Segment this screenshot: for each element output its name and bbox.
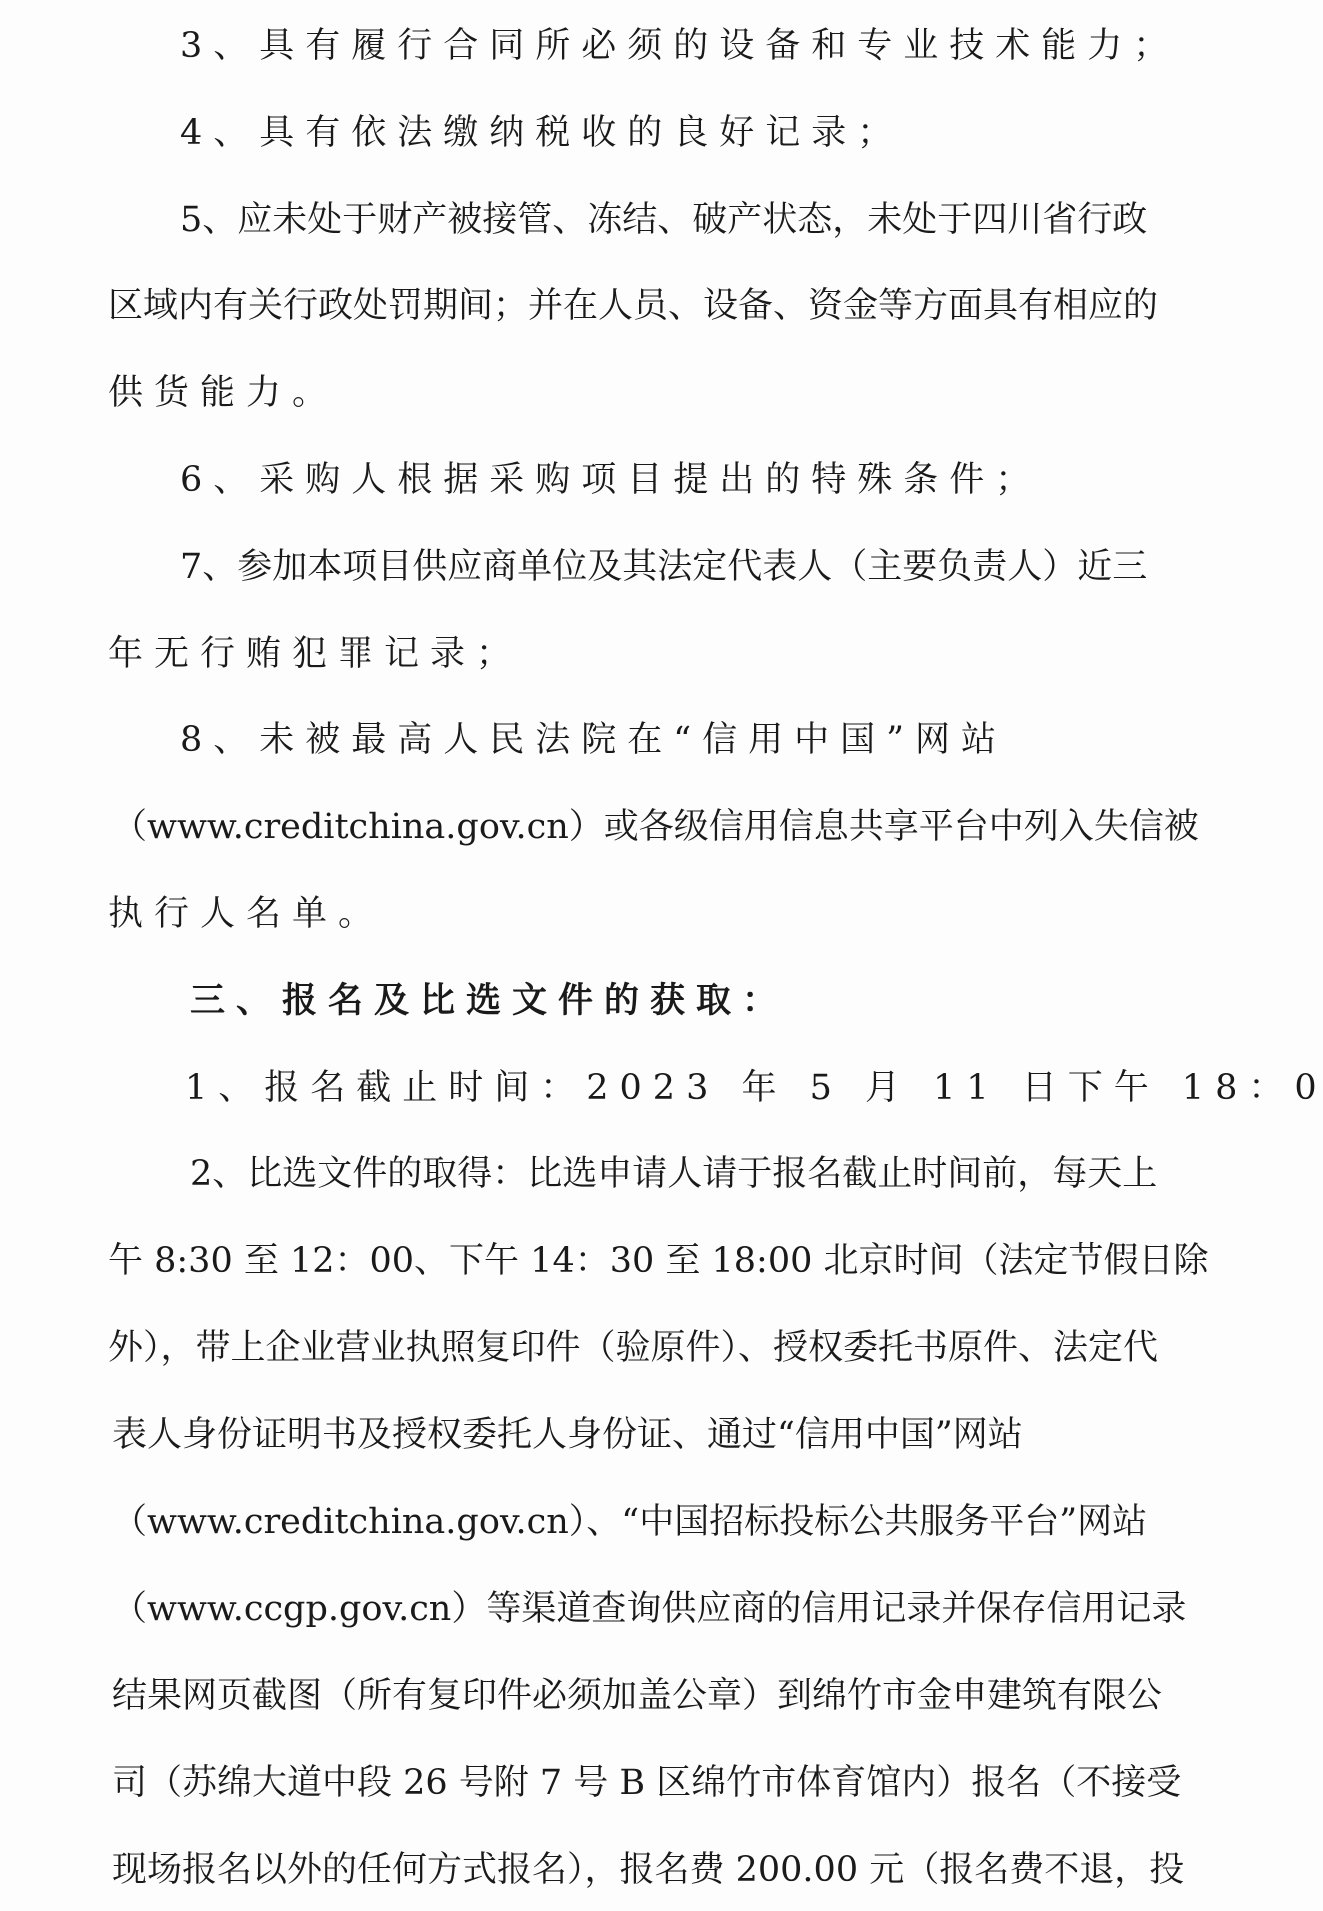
document-obtain-line-2: 午 8:30 至 12：00、下午 14：30 至 18:00 北京时间（法定节… bbox=[108, 1236, 1248, 1286]
item-5-line-2: 区域内有关行政处罚期间；并在人员、设备、资金等方面具有相应的 bbox=[108, 281, 1248, 331]
item-5-line-3: 供货能力。 bbox=[108, 368, 338, 418]
document-page: 3、具有履行合同所必须的设备和专业技术能力； 4、具有依法缴纳税收的良好记录； … bbox=[0, 0, 1323, 1911]
document-obtain-line-7: 结果网页截图（所有复印件必须加盖公章）到绵竹市金申建筑有限公 bbox=[112, 1671, 1248, 1721]
document-obtain-line-5: （www.creditchina.gov.cn）、“中国招标投标公共服务平台”网… bbox=[112, 1497, 1248, 1547]
item-8-line-2: （www.creditchina.gov.cn）或各级信用信息共享平台中列入失信… bbox=[112, 802, 1248, 852]
document-obtain-line-6: （www.ccgp.gov.cn）等渠道查询供应商的信用记录并保存信用记录 bbox=[112, 1584, 1248, 1634]
item-3-line: 3、具有履行合同所必须的设备和专业技术能力； bbox=[180, 21, 1179, 71]
item-5-line-1: 5、应未处于财产被接管、冻结、破产状态，未处于四川省行政 bbox=[180, 195, 1248, 245]
item-8-line-1: 8、未被最高人民法院在“信用中国”网站 bbox=[180, 715, 1007, 765]
document-obtain-line-8: 司（苏绵大道中段 26 号附 7 号 B 区绵竹市体育馆内）报名（不接受 bbox=[112, 1758, 1248, 1808]
document-obtain-line-4: 表人身份证明书及授权委托人身份证、通过“信用中国”网站 bbox=[112, 1410, 1248, 1460]
document-obtain-line-3: 外），带上企业营业执照复印件（验原件）、授权委托书原件、法定代 bbox=[108, 1323, 1248, 1373]
registration-deadline-line: 1、报名截止时间：2023 年 5 月 11 日下午 18：00 bbox=[185, 1063, 1323, 1113]
document-obtain-line-9: 现场报名以外的任何方式报名），报名费 200.00 元（报名费不退，投 bbox=[112, 1845, 1248, 1895]
item-4-line: 4、具有依法缴纳税收的良好记录； bbox=[180, 108, 903, 158]
item-8-line-3: 执行人名单。 bbox=[108, 889, 384, 939]
section-3-heading: 三、报名及比选文件的获取： bbox=[190, 976, 788, 1026]
item-6-line: 6、采购人根据采购项目提出的特殊条件； bbox=[180, 455, 1041, 505]
item-7-line-1: 7、参加本项目供应商单位及其法定代表人（主要负责人）近三 bbox=[180, 542, 1248, 592]
document-obtain-line-1: 2、比选文件的取得：比选申请人请于报名截止时间前，每天上 bbox=[190, 1149, 1248, 1199]
item-7-line-2: 年无行贿犯罪记录； bbox=[108, 629, 522, 679]
